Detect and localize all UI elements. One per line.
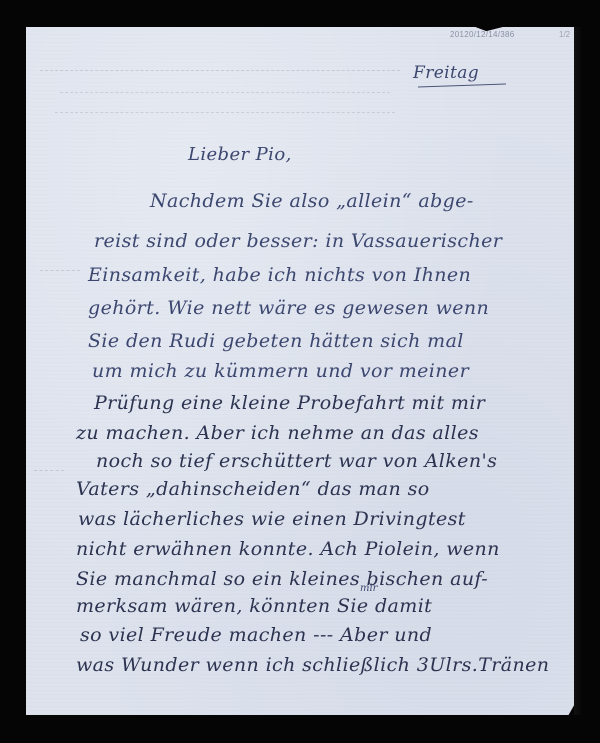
show-through-text bbox=[60, 92, 390, 93]
letter-date: Freitag bbox=[413, 63, 479, 83]
show-through-text bbox=[34, 470, 64, 471]
letter-line: merksam wären, könnten Sie damit bbox=[76, 595, 432, 617]
letter-line: um mich zu kümmern und vor meiner bbox=[92, 360, 469, 382]
letter-line: Prüfung eine kleine Probefahrt mit mir bbox=[94, 392, 485, 414]
letter-line: Sie manchmal so ein kleines bischen auf- bbox=[76, 568, 488, 590]
letter-line: was Wunder wenn ich schließlich 3Ulrs.Tr… bbox=[76, 654, 549, 676]
letter-line: Nachdem Sie also „allein“ abge- bbox=[150, 190, 474, 212]
letter-line: so viel Freude machen --- Aber und bbox=[80, 624, 432, 646]
letter-line: zu machen. Aber ich nehme an das alles bbox=[76, 422, 479, 444]
scan-border bbox=[574, 27, 584, 715]
salutation: Lieber Pio, bbox=[188, 144, 292, 165]
letter-line: reist sind oder besser: in Vassauerische… bbox=[94, 230, 502, 252]
show-through-text bbox=[40, 70, 400, 71]
letter-line: nicht erwähnen konnte. Ach Piolein, wenn bbox=[76, 538, 500, 560]
show-through-text bbox=[55, 112, 395, 113]
letter-line: gehört. Wie nett wäre es gewesen wenn bbox=[88, 297, 489, 319]
letter-line: noch so tief erschüttert war von Alken's bbox=[96, 450, 497, 472]
letter-line: Einsamkeit, habe ich nichts von Ihnen bbox=[88, 264, 471, 286]
archive-number: 20120/12/14/386 bbox=[450, 30, 515, 39]
letter-line: was lächerliches wie einen Drivingtest bbox=[78, 508, 466, 530]
interlinear-insert: mir bbox=[360, 583, 377, 594]
show-through-text bbox=[40, 270, 80, 271]
letter-line: Sie den Rudi gebeten hätten sich mal bbox=[88, 330, 464, 352]
letter-line: Vaters „dahinscheiden“ das man so bbox=[76, 478, 430, 500]
archive-page-number: 1/2 bbox=[559, 30, 570, 39]
